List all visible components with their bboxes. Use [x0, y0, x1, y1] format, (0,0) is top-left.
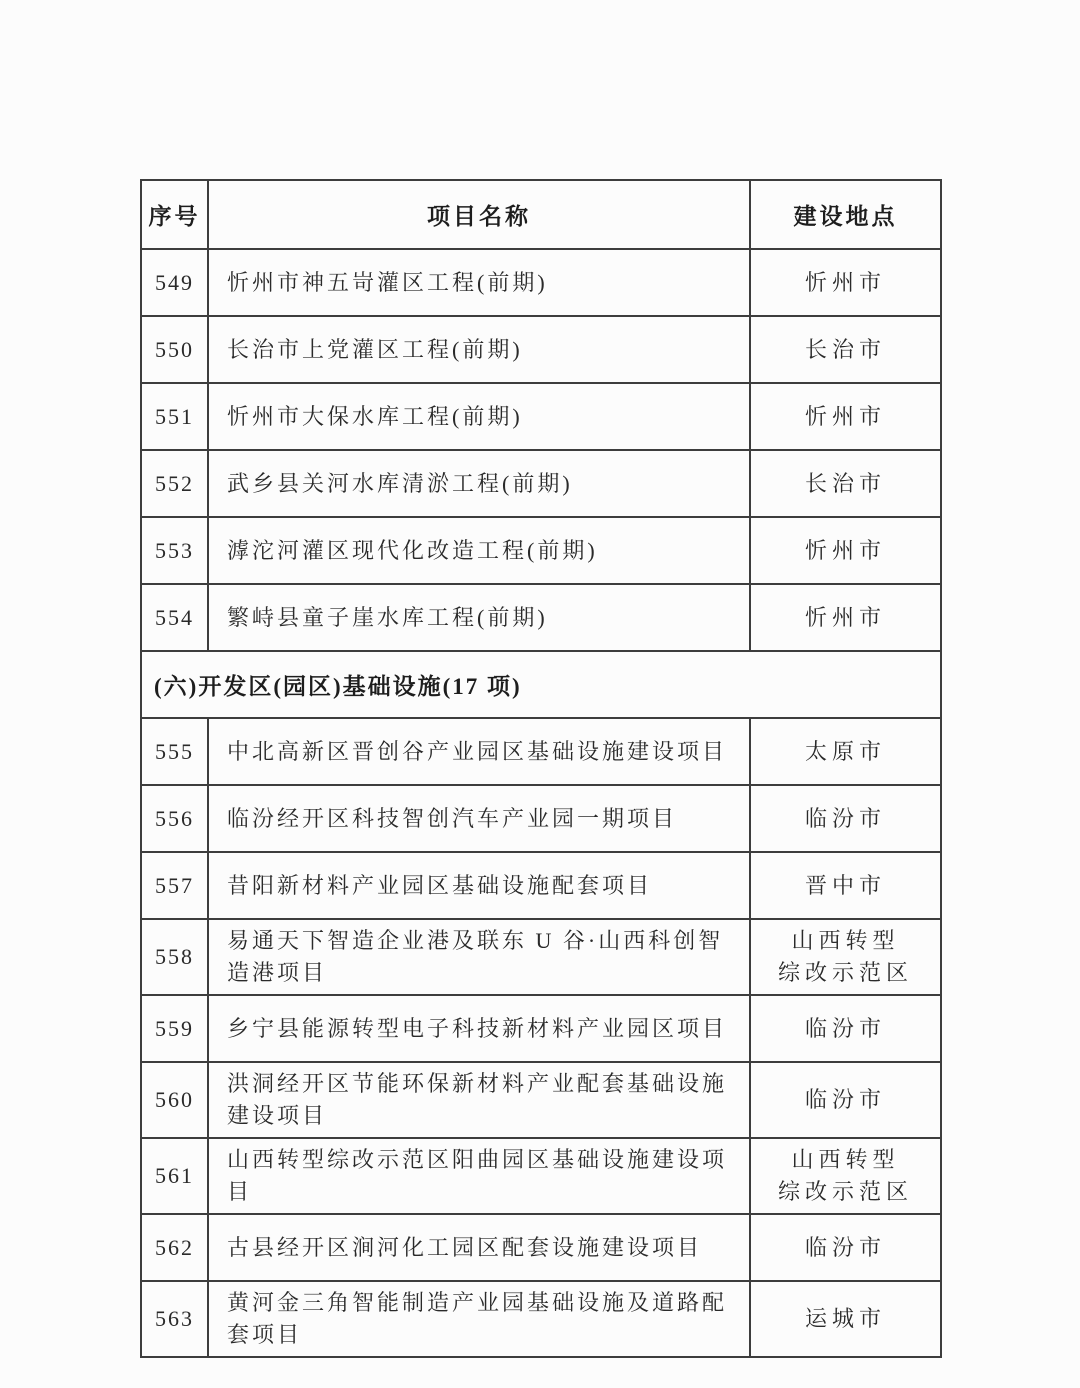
project-name-cell: 易通天下智造企业港及联东 U 谷·山西科创智造港项目: [208, 919, 750, 995]
project-name-cell: 长治市上党灌区工程(前期): [208, 316, 750, 383]
table-row: 552 武乡县关河水库清淤工程(前期) 长治市: [141, 450, 941, 517]
location-cell: 长治市: [750, 316, 941, 383]
location-cell: 长治市: [750, 450, 941, 517]
table-row: 562 古县经开区涧河化工园区配套设施建设项目 临汾市: [141, 1214, 941, 1281]
row-number-cell: 556: [141, 785, 208, 852]
location-cell: 忻州市: [750, 584, 941, 651]
location-cell: 晋中市: [750, 852, 941, 919]
project-list-table: 序号 项目名称 建设地点 549 忻州市神五岢灌区工程(前期) 忻州市 550 …: [140, 179, 942, 1358]
table-row: 553 滹沱河灌区现代化改造工程(前期) 忻州市: [141, 517, 941, 584]
location-cell: 太原市: [750, 718, 941, 785]
row-number-cell: 560: [141, 1062, 208, 1138]
row-number-cell: 552: [141, 450, 208, 517]
row-number-cell: 558: [141, 919, 208, 995]
location-cell: 临汾市: [750, 785, 941, 852]
row-number-cell: 563: [141, 1281, 208, 1357]
project-name-cell: 武乡县关河水库清淤工程(前期): [208, 450, 750, 517]
table-row: 550 长治市上党灌区工程(前期) 长治市: [141, 316, 941, 383]
row-number-cell: 553: [141, 517, 208, 584]
project-name-cell: 临汾经开区科技智创汽车产业园一期项目: [208, 785, 750, 852]
row-number-cell: 562: [141, 1214, 208, 1281]
table-row: 554 繁峙县童子崖水库工程(前期) 忻州市: [141, 584, 941, 651]
location-cell: 忻州市: [750, 249, 941, 316]
column-header-construction-location: 建设地点: [750, 180, 941, 249]
table-row: 560 洪洞经开区节能环保新材料产业配套基础设施建设项目 临汾市: [141, 1062, 941, 1138]
project-name-cell: 中北高新区晋创谷产业园区基础设施建设项目: [208, 718, 750, 785]
project-name-cell: 山西转型综改示范区阳曲园区基础设施建设项目: [208, 1138, 750, 1214]
section-header-cell: (六)开发区(园区)基础设施(17 项): [141, 651, 941, 718]
project-name-cell: 忻州市大保水库工程(前期): [208, 383, 750, 450]
row-number-cell: 559: [141, 995, 208, 1062]
row-number-cell: 550: [141, 316, 208, 383]
location-cell: 山西转型 综改示范区: [750, 1138, 941, 1214]
table-row: 555 中北高新区晋创谷产业园区基础设施建设项目 太原市: [141, 718, 941, 785]
row-number-cell: 551: [141, 383, 208, 450]
location-cell: 临汾市: [750, 995, 941, 1062]
column-header-serial-number: 序号: [141, 180, 208, 249]
table-row: 557 昔阳新材料产业园区基础设施配套项目 晋中市: [141, 852, 941, 919]
table-row: 551 忻州市大保水库工程(前期) 忻州市: [141, 383, 941, 450]
row-number-cell: 549: [141, 249, 208, 316]
row-number-cell: 554: [141, 584, 208, 651]
project-name-cell: 昔阳新材料产业园区基础设施配套项目: [208, 852, 750, 919]
location-cell: 运城市: [750, 1281, 941, 1357]
table-row: 556 临汾经开区科技智创汽车产业园一期项目 临汾市: [141, 785, 941, 852]
row-number-cell: 561: [141, 1138, 208, 1214]
project-name-cell: 繁峙县童子崖水库工程(前期): [208, 584, 750, 651]
table-row: 549 忻州市神五岢灌区工程(前期) 忻州市: [141, 249, 941, 316]
location-cell: 忻州市: [750, 517, 941, 584]
document-page: 序号 项目名称 建设地点 549 忻州市神五岢灌区工程(前期) 忻州市 550 …: [0, 0, 1080, 1388]
table-row: 558 易通天下智造企业港及联东 U 谷·山西科创智造港项目 山西转型 综改示范…: [141, 919, 941, 995]
table-row: 563 黄河金三角智能制造产业园基础设施及道路配套项目 运城市: [141, 1281, 941, 1357]
table-row: 559 乡宁县能源转型电子科技新材料产业园区项目 临汾市: [141, 995, 941, 1062]
project-name-cell: 忻州市神五岢灌区工程(前期): [208, 249, 750, 316]
table-header-row: 序号 项目名称 建设地点: [141, 180, 941, 249]
project-name-cell: 滹沱河灌区现代化改造工程(前期): [208, 517, 750, 584]
location-cell: 临汾市: [750, 1062, 941, 1138]
project-name-cell: 乡宁县能源转型电子科技新材料产业园区项目: [208, 995, 750, 1062]
location-cell: 忻州市: [750, 383, 941, 450]
project-name-cell: 黄河金三角智能制造产业园基础设施及道路配套项目: [208, 1281, 750, 1357]
column-header-project-name: 项目名称: [208, 180, 750, 249]
location-cell: 山西转型 综改示范区: [750, 919, 941, 995]
table-row: 561 山西转型综改示范区阳曲园区基础设施建设项目 山西转型 综改示范区: [141, 1138, 941, 1214]
project-name-cell: 古县经开区涧河化工园区配套设施建设项目: [208, 1214, 750, 1281]
row-number-cell: 557: [141, 852, 208, 919]
row-number-cell: 555: [141, 718, 208, 785]
section-header-row: (六)开发区(园区)基础设施(17 项): [141, 651, 941, 718]
location-cell: 临汾市: [750, 1214, 941, 1281]
project-name-cell: 洪洞经开区节能环保新材料产业配套基础设施建设项目: [208, 1062, 750, 1138]
